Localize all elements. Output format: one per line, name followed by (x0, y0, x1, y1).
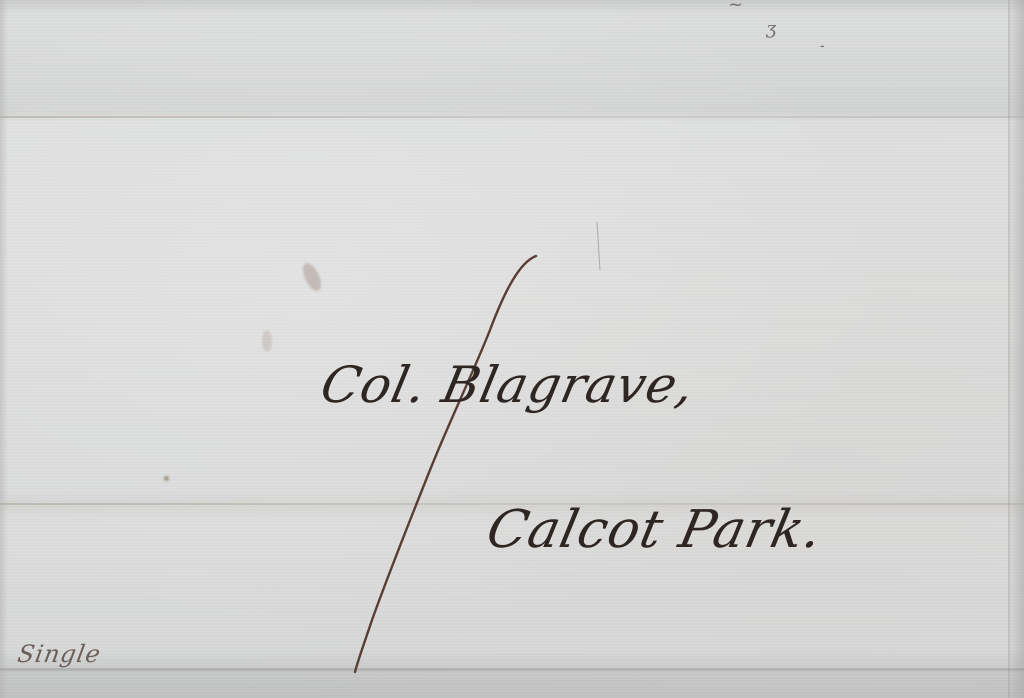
address-line-2: Calcot Park. (482, 500, 829, 560)
address-line-1: Col. Blagrave, (316, 356, 700, 414)
letter-cover: ~ ʒ - Col. Blagrave, Calcot Park. Single (0, 0, 1024, 698)
single-annotation: Single (16, 640, 104, 668)
rate-stroke-icon (0, 0, 1024, 698)
